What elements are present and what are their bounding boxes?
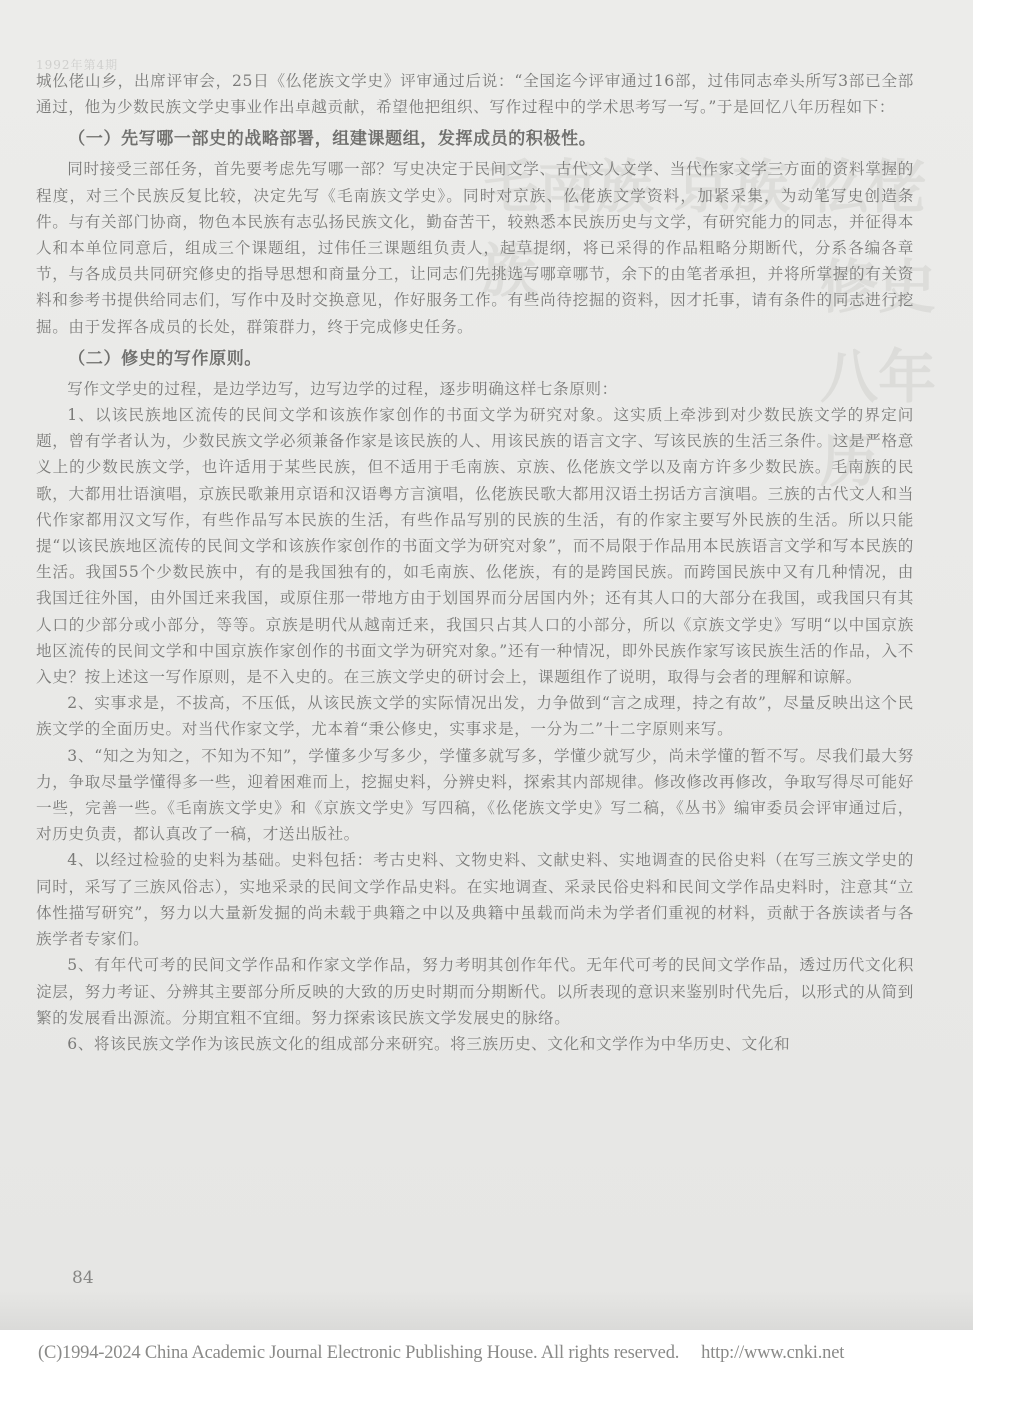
- cnki-link[interactable]: http://www.cnki.net: [701, 1343, 844, 1363]
- paragraph: 3、“知之为知之，不知为不知”，学懂多少写多少，学懂多就写多，学懂少就写少，尚未…: [36, 743, 914, 848]
- paragraph: 写作文学史的过程，是边学边写，边写边学的过程，逐步明确这样七条原则：: [36, 376, 914, 402]
- paragraph: 同时接受三部任务，首先要考虑先写哪一部？写史决定于民间文学、古代文人文学、当代作…: [36, 156, 914, 339]
- scanned-page: 毛南族 京族 仫佬族 修史 八年历 1992年第4期 城仫佬山乡，出席评审会，2…: [0, 0, 973, 1330]
- article-body: 城仫佬山乡，出席评审会，25日《仫佬族文学史》评审通过后说：“全国迄今评审通过1…: [36, 68, 914, 1057]
- section-heading: （一）先写哪一部史的战略部署，组建课题组，发挥成员的积极性。: [36, 124, 914, 154]
- paragraph: 6、将该民族文学作为该民族文化的组成部分来研究。将三族历史、文化和文学作为中华历…: [36, 1031, 914, 1057]
- section-heading: （二）修史的写作原则。: [36, 344, 914, 374]
- paragraph: 城仫佬山乡，出席评审会，25日《仫佬族文学史》评审通过后说：“全国迄今评审通过1…: [36, 68, 914, 120]
- paragraph: 5、有年代可考的民间文学作品和作家文学作品，努力考明其创作年代。无年代可考的民间…: [36, 952, 914, 1031]
- paragraph: 4、以经过检验的史料为基础。史料包括：考古史料、文物史料、文献史料、实地调查的民…: [36, 847, 914, 952]
- paragraph: 2、实事求是，不拔高，不压低，从该民族文学的实际情况出发，力争做到“言之成理，持…: [36, 690, 914, 742]
- copyright-footer: (C)1994-2024 China Academic Journal Elec…: [38, 1343, 844, 1364]
- paragraph: 1、以该民族地区流传的民间文学和该族作家创作的书面文学为研究对象。这实质上牵涉到…: [36, 402, 914, 690]
- page-number: 84: [72, 1268, 94, 1288]
- copyright-text: (C)1994-2024 China Academic Journal Elec…: [38, 1343, 679, 1363]
